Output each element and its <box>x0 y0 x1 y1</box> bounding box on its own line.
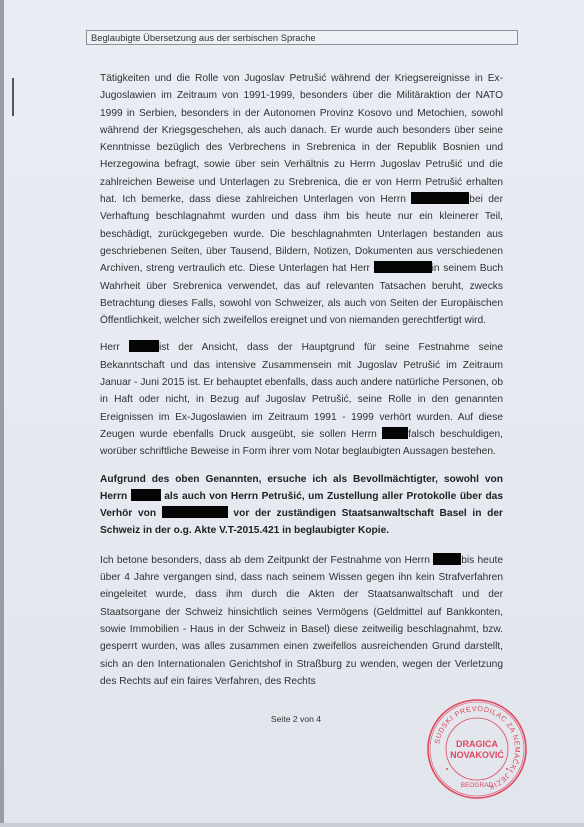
document-header: Beglaubigte Übersetzung aus der serbisch… <box>86 30 518 45</box>
redaction-bar <box>374 261 432 273</box>
stamp-seal-icon: SUDSKI PREVODILAC ZA NEMAČKI JEZIK DRAGI… <box>425 697 529 801</box>
paragraph-4: Ich betone besonders, dass ab dem Zeitpu… <box>100 552 503 690</box>
translator-stamp: SUDSKI PREVODILAC ZA NEMAČKI JEZIK DRAGI… <box>425 697 529 801</box>
scan-bottom-edge <box>0 823 584 827</box>
paragraph-3: Aufgrund des oben Genannten, ersuche ich… <box>100 471 503 540</box>
paragraph-2: Herr ist der Ansicht, dass der Hauptgrun… <box>100 339 503 460</box>
document-body: Tätigkeiten und die Rolle von Jugoslav P… <box>100 70 503 700</box>
page-number: Seite 2 von 4 <box>271 714 321 724</box>
svg-text:BEOGRAD: BEOGRAD <box>461 782 494 789</box>
redaction-bar <box>131 489 161 501</box>
redaction-bar <box>433 553 461 565</box>
redaction-bar <box>129 340 159 352</box>
header-title: Beglaubigte Übersetzung aus der serbisch… <box>91 32 316 43</box>
redaction-bar <box>162 506 228 518</box>
redaction-bar <box>382 427 408 439</box>
paragraph-1: Tätigkeiten und die Rolle von Jugoslav P… <box>100 70 503 329</box>
redaction-bar <box>411 192 469 204</box>
svg-text:DRAGICA: DRAGICA <box>456 739 498 749</box>
svg-text:NOVAKOVIĆ: NOVAKOVIĆ <box>450 749 504 760</box>
margin-mark <box>12 78 14 116</box>
